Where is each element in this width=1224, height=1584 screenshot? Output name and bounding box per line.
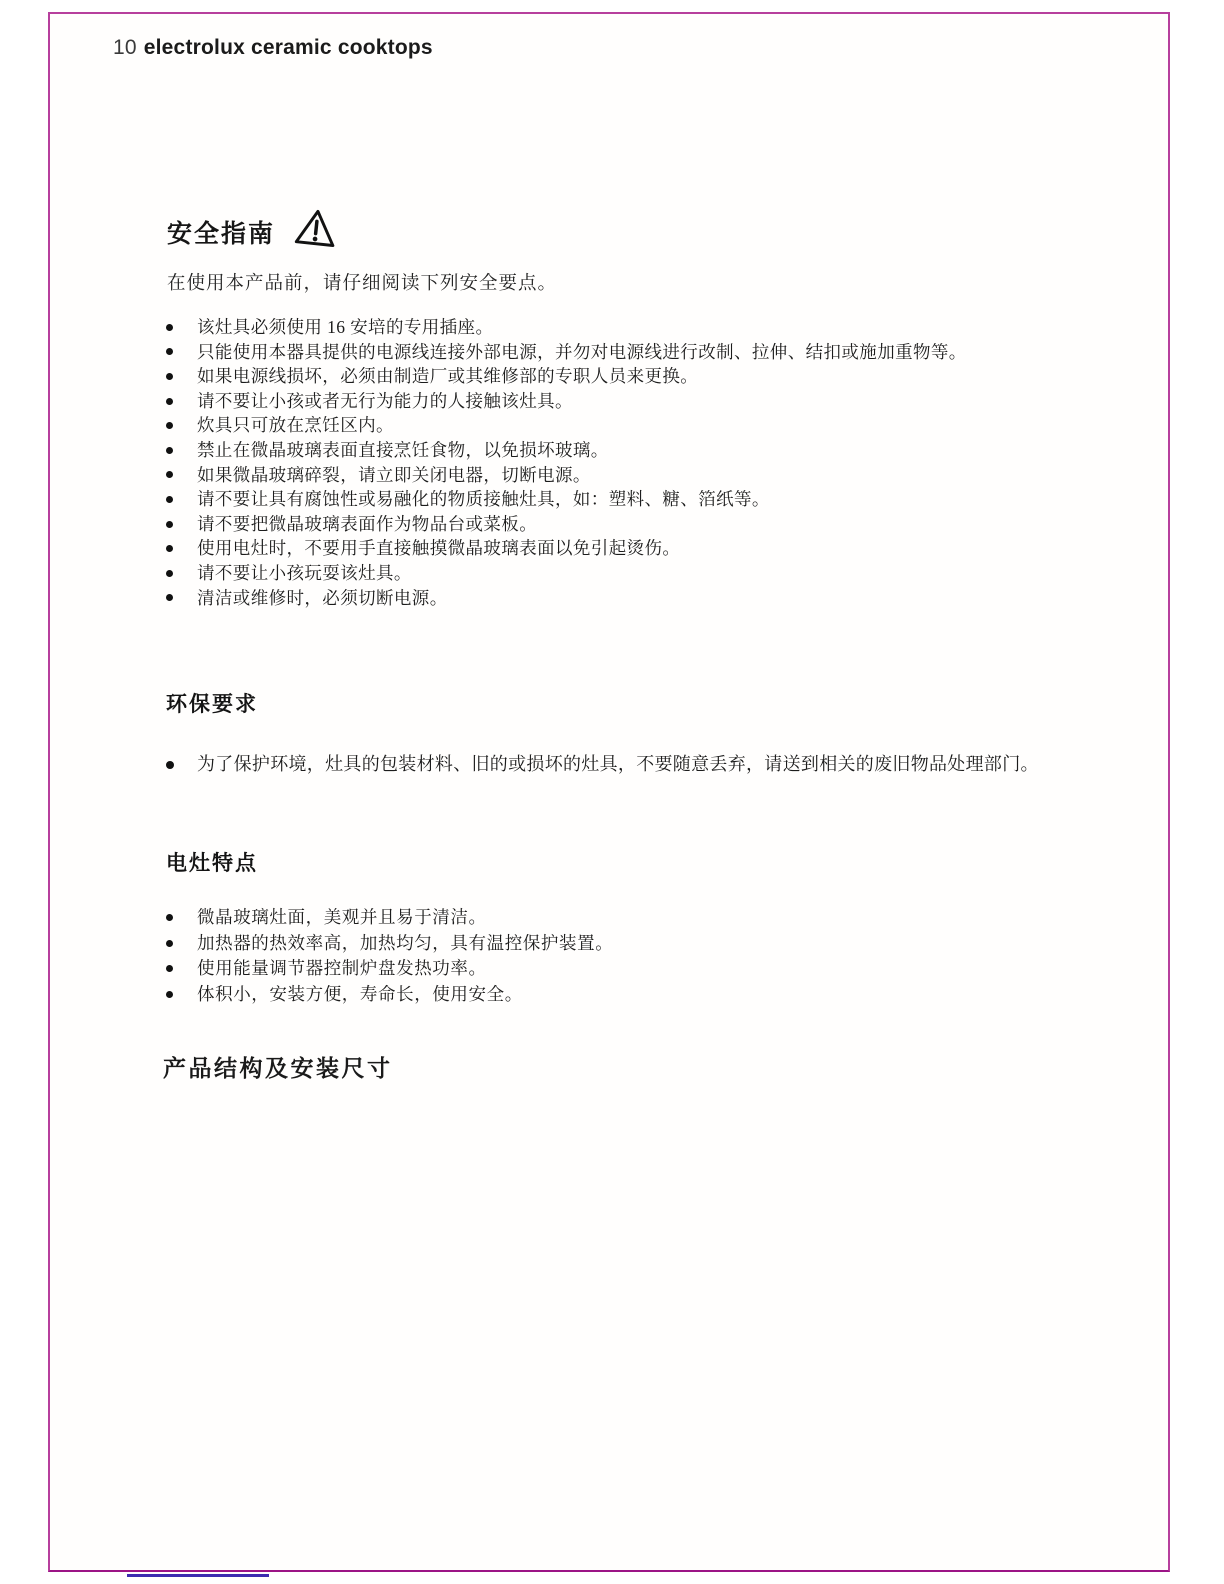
bullet-icon (166, 914, 173, 921)
safety-item-text: 请不要让小孩玩耍该灶具。 (197, 561, 412, 586)
feature-item: 体积小，安装方便，寿命长，使用安全。 (166, 982, 866, 1008)
feature-item-text: 体积小，安装方便，寿命长，使用安全。 (197, 982, 523, 1008)
safety-item: 只能使用本器具提供的电源线连接外部电源，并勿对电源线进行改制、拉伸、结扣或施加重… (166, 340, 1026, 365)
bullet-icon (166, 594, 173, 601)
bullet-icon (166, 471, 173, 478)
bullet-icon (166, 991, 173, 998)
bullet-icon (166, 496, 173, 503)
feature-item-text: 使用能量调节器控制炉盘发热功率。 (197, 956, 487, 982)
bullet-icon (166, 545, 173, 552)
safety-item-text: 如果电源线损坏，必须由制造厂或其维修部的专职人员来更换。 (197, 364, 698, 389)
bullet-icon (166, 521, 173, 528)
feature-item: 加热器的热效率高，加热均匀，具有温控保护装置。 (166, 931, 866, 957)
safety-item: 如果电源线损坏，必须由制造厂或其维修部的专职人员来更换。 (166, 364, 1026, 389)
safety-section-header: 安全指南 (167, 212, 337, 252)
safety-item-text: 清洁或维修时，必须切断电源。 (197, 586, 448, 611)
feature-item: 使用能量调节器控制炉盘发热功率。 (166, 956, 866, 982)
safety-item: 禁止在微晶玻璃表面直接烹饪食物，以免损坏玻璃。 (166, 438, 1026, 463)
bottom-accent-line (127, 1574, 269, 1577)
safety-item: 请不要让小孩玩耍该灶具。 (166, 561, 1026, 586)
safety-item: 炊具只可放在烹饪区内。 (166, 413, 1026, 438)
bullet-icon (166, 761, 174, 769)
feature-item-text: 加热器的热效率高，加热均匀，具有温控保护装置。 (197, 931, 613, 957)
page-number: 10 (113, 36, 137, 59)
safety-item-text: 只能使用本器具提供的电源线连接外部电源，并勿对电源线进行改制、拉伸、结扣或施加重… (197, 340, 967, 365)
structure-section-title: 产品结构及安装尺寸 (163, 1050, 393, 1083)
safety-item: 清洁或维修时，必须切断电源。 (166, 586, 1026, 611)
feature-item: 微晶玻璃灶面，美观并且易于清洁。 (166, 905, 866, 931)
safety-item: 该灶具必须使用 16 安培的专用插座。 (166, 315, 1026, 340)
safety-intro-text: 在使用本产品前，请仔细阅读下列安全要点。 (167, 269, 557, 295)
safety-item-text: 如果微晶玻璃碎裂，请立即关闭电器，切断电源。 (197, 463, 591, 488)
safety-item-text: 请不要把微晶玻璃表面作为物品台或菜板。 (197, 512, 537, 537)
environment-list: 为了保护环境，灶具的包装材料、旧的或损坏的灶具，不要随意丢弃，请送到相关的废旧物… (166, 752, 1126, 777)
safety-item-text: 请不要让小孩或者无行为能力的人接触该灶具。 (197, 389, 573, 414)
safety-item-text: 该灶具必须使用 16 安培的专用插座。 (197, 315, 493, 340)
feature-item-text: 微晶玻璃灶面，美观并且易于清洁。 (197, 905, 487, 931)
safety-section-title: 安全指南 (167, 214, 275, 250)
bullet-icon (166, 570, 173, 577)
safety-item: 请不要把微晶玻璃表面作为物品台或菜板。 (166, 512, 1026, 537)
safety-item: 如果微晶玻璃碎裂，请立即关闭电器，切断电源。 (166, 463, 1026, 488)
safety-item: 使用电灶时，不要用手直接触摸微晶玻璃表面以免引起烫伤。 (166, 536, 1026, 561)
environment-item: 为了保护环境，灶具的包装材料、旧的或损坏的灶具，不要随意丢弃，请送到相关的废旧物… (166, 752, 1126, 777)
safety-item-text: 请不要让具有腐蚀性或易融化的物质接触灶具，如：塑料、糖、箔纸等。 (197, 487, 770, 512)
features-list: 微晶玻璃灶面，美观并且易于清洁。 加热器的热效率高，加热均匀，具有温控保护装置。… (166, 905, 866, 1007)
bullet-icon (166, 348, 173, 355)
bullet-icon (166, 940, 173, 947)
bullet-icon (166, 398, 173, 405)
page-header: 10electrolux ceramic cooktops (113, 36, 433, 60)
environment-item-text: 为了保护环境，灶具的包装材料、旧的或损坏的灶具，不要随意丢弃，请送到相关的废旧物… (197, 752, 1039, 777)
safety-item-text: 禁止在微晶玻璃表面直接烹饪食物，以免损坏玻璃。 (197, 438, 609, 463)
safety-list: 该灶具必须使用 16 安培的专用插座。 只能使用本器具提供的电源线连接外部电源，… (166, 315, 1026, 610)
bullet-icon (166, 373, 173, 380)
brand-title: electrolux ceramic cooktops (144, 36, 433, 59)
bullet-icon (166, 422, 173, 429)
safety-item: 请不要让具有腐蚀性或易融化的物质接触灶具，如：塑料、糖、箔纸等。 (166, 487, 1026, 512)
features-section-title: 电灶特点 (166, 847, 258, 877)
safety-item-text: 炊具只可放在烹饪区内。 (197, 413, 394, 438)
bullet-icon (166, 324, 173, 331)
bullet-icon (166, 965, 173, 972)
bullet-icon (166, 447, 173, 454)
environment-section-title: 环保要求 (166, 688, 258, 718)
warning-triangle-icon (293, 206, 339, 254)
safety-item: 请不要让小孩或者无行为能力的人接触该灶具。 (166, 389, 1026, 414)
safety-item-text: 使用电灶时，不要用手直接触摸微晶玻璃表面以免引起烫伤。 (197, 536, 680, 561)
